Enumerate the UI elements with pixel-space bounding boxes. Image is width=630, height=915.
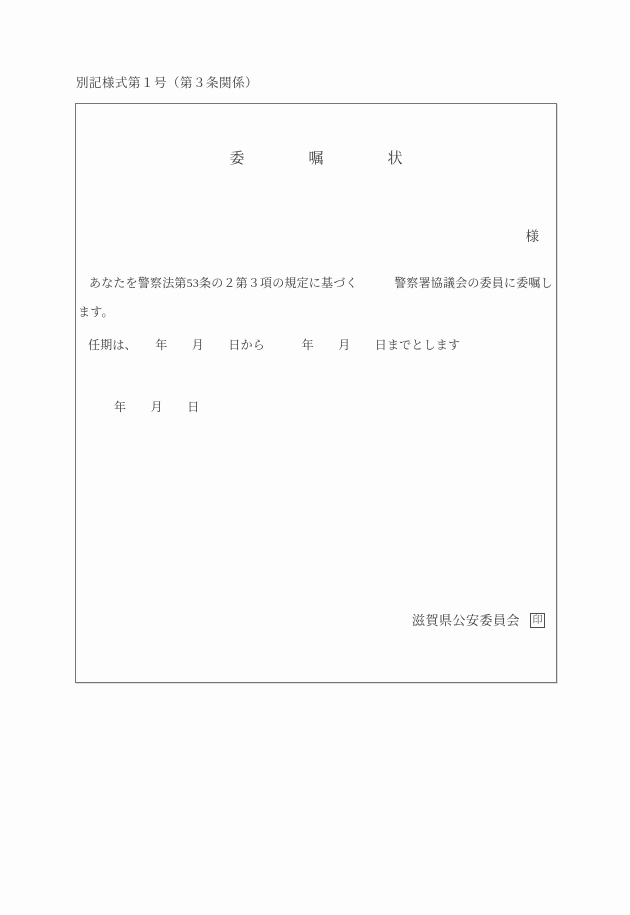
body-paragraph-line-2: ます。 xyxy=(78,304,114,320)
term-of-office-line: 任期は、 年 月 日から 年 月 日までとします xyxy=(88,337,460,353)
title-char-3: 状 xyxy=(388,150,403,168)
title-char-1: 委 xyxy=(229,150,244,168)
certificate-title: 委 嘱 状 xyxy=(76,150,556,168)
body-paragraph-line-1: あなたを警察法第53条の２第３項の規定に基づく 警察署協議会の委員に委嘱し xyxy=(89,275,553,291)
form-number-label: 別記様式第１号（第３条関係） xyxy=(76,76,258,91)
seal-stamp-icon: 印 xyxy=(530,613,545,628)
title-char-2: 嘱 xyxy=(308,150,323,168)
honorific-suffix: 様 xyxy=(526,229,540,244)
signature-line: 滋賀県公安委員会 印 xyxy=(412,612,545,629)
issue-date-line: 年 月 日 xyxy=(114,399,199,415)
addressee-line: 様 xyxy=(526,228,540,245)
document-page: 別記様式第１号（第３条関係） 委 嘱 状 様 あなたを警察法第53条の２第３項の… xyxy=(0,0,630,915)
seal-character: 印 xyxy=(533,616,543,626)
certificate-border-box: 委 嘱 状 様 あなたを警察法第53条の２第３項の規定に基づく 警察署協議会の委… xyxy=(75,103,557,683)
issuer-name: 滋賀県公安委員会 xyxy=(412,612,520,629)
